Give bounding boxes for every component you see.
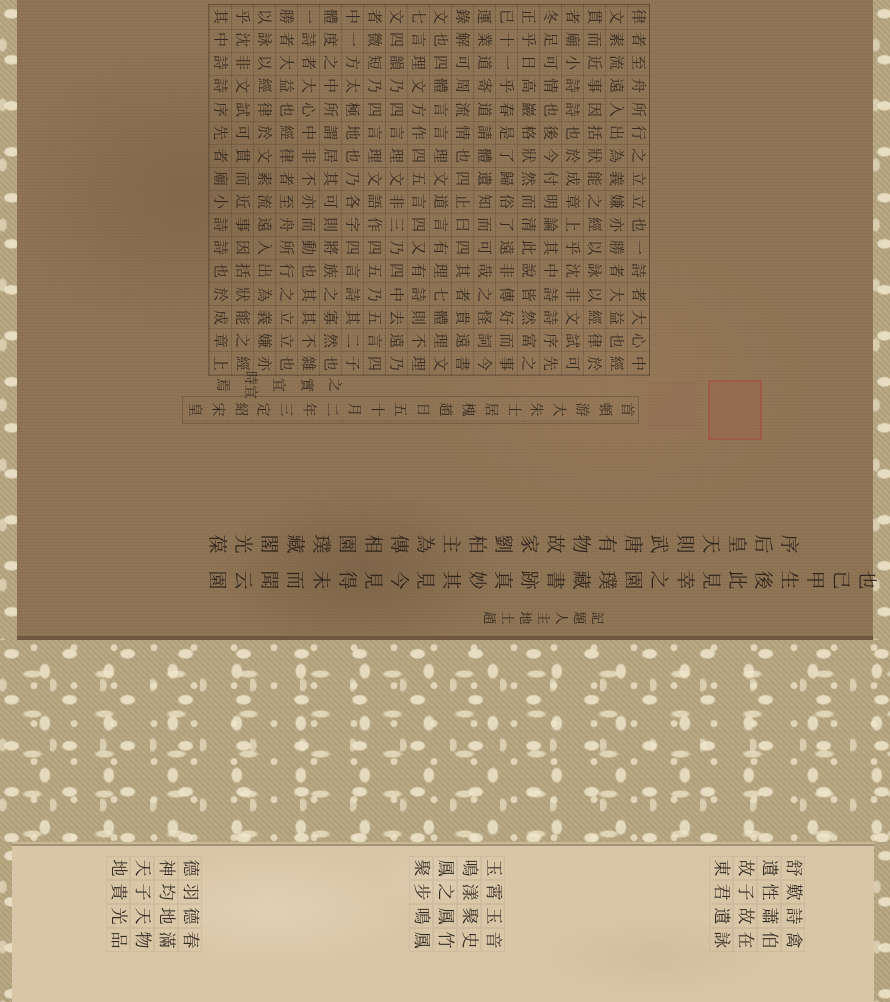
calligraphy-character: 題 xyxy=(569,609,589,627)
calligraphy-character: 經 xyxy=(582,214,605,236)
calligraphy-character: 已 xyxy=(494,6,517,28)
calligraphy-character: 也 xyxy=(626,214,649,236)
calligraphy-character: 文 xyxy=(604,6,627,28)
calligraphy-character: 度 xyxy=(318,29,341,51)
calligraphy-character: 一 xyxy=(296,6,319,28)
calligraphy-character: 於 xyxy=(560,144,583,166)
calligraphy-character: 家 xyxy=(515,531,543,557)
calligraphy-character: 詩 xyxy=(781,904,805,928)
calligraphy-character: 文 xyxy=(406,75,429,97)
calligraphy-character: 以 xyxy=(582,283,605,305)
calligraphy-character: 其 xyxy=(318,167,341,189)
calligraphy-character: 以 xyxy=(252,6,275,28)
calligraphy-character: 鳴 xyxy=(409,904,433,928)
calligraphy-character: 知 xyxy=(472,191,495,213)
calligraphy-character: 也 xyxy=(274,98,297,120)
poem-block-2: 聚鳳鳴玉步之漾霄鳴鳳聚玉鳳竹史音 xyxy=(409,856,505,952)
calligraphy-character: 故 xyxy=(733,904,757,928)
calligraphy-character: 時宜 xyxy=(239,371,261,399)
calligraphy-character: 詩 xyxy=(296,29,319,51)
calligraphy-character: 柏 xyxy=(463,531,491,557)
calligraphy-character: 詞 xyxy=(472,329,495,351)
calligraphy-character: 乎 xyxy=(230,6,253,28)
calligraphy-character: 詩 xyxy=(208,75,231,97)
calligraphy-character: 言 xyxy=(362,121,385,143)
calligraphy-character: 中 xyxy=(296,121,319,143)
main-calligraphy-grid: 其中詩詩序先者廟小詩詩也於成章上乎沈非文試可貫而近事因括狀能之經以詠以經律於文素… xyxy=(208,4,650,376)
calligraphy-character: 四 xyxy=(384,260,407,282)
calligraphy-character: 大 xyxy=(626,306,649,328)
calligraphy-character: 解 xyxy=(450,29,473,51)
calligraphy-character: 四 xyxy=(428,52,451,74)
calligraphy-character: 玉 xyxy=(481,856,505,880)
calligraphy-character: 言 xyxy=(428,98,451,120)
calligraphy-character: 入 xyxy=(252,237,275,259)
calligraphy-character: 情 xyxy=(450,121,473,143)
calligraphy-character: 為 xyxy=(252,283,275,305)
calligraphy-character: 立 xyxy=(626,191,649,213)
calligraphy-character: 者 xyxy=(626,29,649,51)
calligraphy-character: 地 xyxy=(154,904,178,928)
calligraphy-character: 也 xyxy=(538,98,561,120)
calligraphy-character: 一 xyxy=(626,237,649,259)
calligraphy-character: 七 xyxy=(428,283,451,305)
calligraphy-character: 怪 xyxy=(472,306,495,328)
calligraphy-character: 聚 xyxy=(457,904,481,928)
calligraphy-character: 者 xyxy=(362,6,385,28)
calligraphy-character: 詩 xyxy=(626,260,649,282)
calligraphy-character: 序 xyxy=(208,98,231,120)
calligraphy-character: 十 xyxy=(494,29,517,51)
calligraphy-character: 於 xyxy=(208,283,231,305)
calligraphy-character: 狀 xyxy=(582,144,605,166)
calligraphy-character: 行 xyxy=(274,260,297,282)
calligraphy-character: 冬 xyxy=(538,6,561,28)
calligraphy-character: 者 xyxy=(560,6,583,28)
calligraphy-character: 因 xyxy=(582,98,605,120)
calligraphy-character: 出 xyxy=(604,121,627,143)
calligraphy-character: 文 xyxy=(252,144,275,166)
calligraphy-character: 文 xyxy=(362,167,385,189)
calligraphy-character: 之 xyxy=(318,283,341,305)
calligraphy-character: 不 xyxy=(406,329,429,351)
calligraphy-character: 經 xyxy=(604,352,627,374)
calligraphy-character: 體 xyxy=(472,144,495,166)
calligraphy-character: 四 xyxy=(406,144,429,166)
calligraphy-character: 周 xyxy=(450,75,473,97)
calligraphy-character: 乎 xyxy=(494,75,517,97)
brocade-border-right xyxy=(873,0,890,640)
calligraphy-character: 園 xyxy=(619,567,647,593)
calligraphy-character: 一 xyxy=(340,29,363,51)
calligraphy-character: 能 xyxy=(582,167,605,189)
calligraphy-character: 物 xyxy=(130,928,154,952)
calligraphy-character: 格 xyxy=(516,121,539,143)
calligraphy-character: 滿 xyxy=(154,928,178,952)
calligraphy-character: 廟 xyxy=(208,167,231,189)
calligraphy-character: 試 xyxy=(560,329,583,351)
calligraphy-character: 微 xyxy=(362,29,385,51)
calligraphy-character: 理 xyxy=(384,144,407,166)
calligraphy-character: 大 xyxy=(274,52,297,74)
calligraphy-character: 也 xyxy=(560,121,583,143)
calligraphy-character: 小 xyxy=(208,191,231,213)
calligraphy-character: 明 xyxy=(538,191,561,213)
calligraphy-character: 立 xyxy=(274,306,297,328)
calligraphy-character: 詩 xyxy=(406,283,429,305)
calligraphy-character: 三 xyxy=(384,214,407,236)
calligraphy-character: 非 xyxy=(560,283,583,305)
calligraphy-character: 文 xyxy=(428,352,451,374)
calligraphy-character: 地 xyxy=(106,856,130,880)
calligraphy-character: 序 xyxy=(775,531,803,557)
calligraphy-character: 傳 xyxy=(385,531,413,557)
calligraphy-character: 可 xyxy=(560,352,583,374)
calligraphy-character: 已 xyxy=(827,567,855,593)
faint-seal xyxy=(648,382,696,430)
calligraphy-character: 書 xyxy=(450,352,473,374)
calligraphy-character: 大 xyxy=(296,75,319,97)
calligraphy-character: 竹 xyxy=(433,928,457,952)
calligraphy-character: 益 xyxy=(604,306,627,328)
brocade-border-bottom-right xyxy=(874,842,890,1002)
calligraphy-character: 蕭 xyxy=(757,904,781,928)
calligraphy-character: 心 xyxy=(296,98,319,120)
calligraphy-character: 廟 xyxy=(560,29,583,51)
calligraphy-character: 年 xyxy=(295,399,321,422)
calligraphy-character: 天 xyxy=(697,531,725,557)
calligraphy-character: 七 xyxy=(406,6,429,28)
calligraphy-character: 詩 xyxy=(208,52,231,74)
calligraphy-character: 了 xyxy=(494,214,517,236)
calligraphy-character: 狀 xyxy=(516,144,539,166)
calligraphy-character: 貴 xyxy=(450,306,473,328)
calligraphy-character: 之 xyxy=(318,52,341,74)
calligraphy-character: 言 xyxy=(406,29,429,51)
calligraphy-character: 乎 xyxy=(560,237,583,259)
calligraphy-character: 而 xyxy=(494,329,517,351)
calligraphy-character: 序 xyxy=(538,329,561,351)
calligraphy-character: 性 xyxy=(757,880,781,904)
calligraphy-character: 經 xyxy=(274,121,297,143)
calligraphy-character: 事 xyxy=(494,352,517,374)
calligraphy-character: 道 xyxy=(428,191,451,213)
calligraphy-character: 見 xyxy=(697,567,725,593)
calligraphy-character: 故 xyxy=(541,531,569,557)
calligraphy-character: 乃 xyxy=(362,75,385,97)
calligraphy-character: 律 xyxy=(274,144,297,166)
calligraphy-character: 光 xyxy=(106,904,130,928)
poem-block-1: 地天神德貴子均羽光天地德品物滿春 xyxy=(106,856,202,952)
calligraphy-character: 鳳 xyxy=(433,904,457,928)
calligraphy-character: 四 xyxy=(450,167,473,189)
calligraphy-character: 君 xyxy=(709,880,733,904)
calligraphy-character: 則 xyxy=(406,306,429,328)
calligraphy-character: 狀 xyxy=(230,283,253,305)
calligraphy-character: 素 xyxy=(604,29,627,51)
calligraphy-character: 請 xyxy=(472,121,495,143)
calligraphy-character: 理 xyxy=(406,52,429,74)
calligraphy-character: 清 xyxy=(516,214,539,236)
calligraphy-character: 貫 xyxy=(230,144,253,166)
calligraphy-character: 四 xyxy=(384,98,407,120)
calligraphy-character: 詩 xyxy=(208,214,231,236)
calligraphy-character: 今 xyxy=(538,144,561,166)
calligraphy-character: 文 xyxy=(560,306,583,328)
calligraphy-character: 巖 xyxy=(516,98,539,120)
calligraphy-character: 字 xyxy=(340,214,363,236)
calligraphy-character: 富 xyxy=(516,329,539,351)
calligraphy-character: 體 xyxy=(318,6,341,28)
calligraphy-character: 近 xyxy=(230,191,253,213)
calligraphy-character: 也 xyxy=(296,260,319,282)
calligraphy-character: 皆 xyxy=(516,283,539,305)
calligraphy-character: 作 xyxy=(362,214,385,236)
calligraphy-character: 居 xyxy=(318,144,341,166)
calligraphy-character: 葆 xyxy=(203,531,231,557)
calligraphy-character: 乃 xyxy=(362,283,385,305)
calligraphy-character: 東 xyxy=(709,856,733,880)
calligraphy-character: 錄 xyxy=(450,6,473,28)
calligraphy-character: 遠 xyxy=(604,75,627,97)
calligraphy-character: 去 xyxy=(384,306,407,328)
calligraphy-character: 音 xyxy=(481,928,505,952)
calligraphy-character: 非 xyxy=(296,144,319,166)
calligraphy-character: 所 xyxy=(626,98,649,120)
calligraphy-character: 可 xyxy=(230,121,253,143)
calligraphy-character: 成 xyxy=(208,306,231,328)
calligraphy-character: 日 xyxy=(516,52,539,74)
calligraphy-character: 焉 xyxy=(211,371,233,399)
calligraphy-character: 園 xyxy=(333,531,361,557)
calligraphy-character: 太 xyxy=(340,75,363,97)
calligraphy-character: 幸 xyxy=(671,567,699,593)
calligraphy-character: 後 xyxy=(538,121,561,143)
calligraphy-character: 素 xyxy=(252,167,275,189)
calligraphy-character: 四 xyxy=(406,214,429,236)
calligraphy-character: 舟 xyxy=(626,75,649,97)
calligraphy-character: 妙 xyxy=(463,567,491,593)
calligraphy-character: 詠 xyxy=(252,29,275,51)
inscription-signature: 趙土地主人題記 xyxy=(480,608,606,628)
calligraphy-character: 理 xyxy=(428,144,451,166)
inscription-line-2: 園云聞而未得見今見其妙真跡書藏璞園之幸見此後生甲已也 xyxy=(204,566,880,594)
calligraphy-character: 近 xyxy=(582,52,605,74)
calligraphy-character: 甲 xyxy=(801,567,829,593)
calligraphy-character: 春 xyxy=(178,928,202,952)
calligraphy-character: 乃 xyxy=(384,75,407,97)
calligraphy-character: 今 xyxy=(385,567,413,593)
calligraphy-character: 歸 xyxy=(494,167,517,189)
calligraphy-character: 其 xyxy=(450,260,473,282)
calligraphy-character: 皇 xyxy=(723,531,751,557)
calligraphy-character: 心 xyxy=(626,329,649,351)
calligraphy-character: 事 xyxy=(230,214,253,236)
calligraphy-character: 玉 xyxy=(481,904,505,928)
calligraphy-character: 宜 xyxy=(267,371,289,399)
calligraphy-character: 遠 xyxy=(494,237,517,259)
calligraphy-character: 也 xyxy=(604,329,627,351)
calligraphy-character: 四 xyxy=(362,352,385,374)
calligraphy-character: 之 xyxy=(230,329,253,351)
calligraphy-character: 此 xyxy=(516,237,539,259)
inscription-line-1: 葆光閣藏璞園相傳為主柏劉家故物有唐武則天皇后序 xyxy=(204,530,802,558)
calligraphy-character: 高 xyxy=(516,75,539,97)
calligraphy-character: 一 xyxy=(494,52,517,74)
calligraphy-character: 言 xyxy=(428,121,451,143)
paper-poem-panel: 地天神德貴子均羽光天地德品物滿春 聚鳳鳴玉步之漾霄鳴鳳聚玉鳳竹史音 東故遺舒君子… xyxy=(12,844,874,1002)
calligraphy-character: 五 xyxy=(362,306,385,328)
calligraphy-character: 劉 xyxy=(489,531,517,557)
calligraphy-character: 見 xyxy=(411,567,439,593)
calligraphy-character: 了 xyxy=(494,144,517,166)
calligraphy-character: 中 xyxy=(626,352,649,374)
calligraphy-character: 短 xyxy=(362,52,385,74)
calligraphy-character: 者 xyxy=(626,283,649,305)
calligraphy-character: 曰 xyxy=(450,214,473,236)
calligraphy-character: 止 xyxy=(450,191,473,213)
calligraphy-character: 經 xyxy=(252,75,275,97)
calligraphy-character: 寡 xyxy=(318,306,341,328)
calligraphy-character: 入 xyxy=(604,98,627,120)
calligraphy-character: 地 xyxy=(340,121,363,143)
calligraphy-character: 其 xyxy=(538,237,561,259)
calligraphy-character: 理 xyxy=(362,144,385,166)
calligraphy-character: 為 xyxy=(604,144,627,166)
calligraphy-character: 貴 xyxy=(106,880,130,904)
short-closing-line: 焉時宜宜實之 xyxy=(208,374,348,396)
calligraphy-character: 律 xyxy=(582,329,605,351)
calligraphy-character: 乃 xyxy=(384,352,407,374)
calligraphy-character: 聞 xyxy=(255,567,283,593)
calligraphy-character: 小 xyxy=(560,52,583,74)
calligraphy-character: 又 xyxy=(406,237,429,259)
calligraphy-character: 中 xyxy=(538,260,561,282)
calligraphy-character: 至 xyxy=(274,191,297,213)
calligraphy-character: 貫 xyxy=(582,6,605,28)
calligraphy-character: 唐 xyxy=(619,531,647,557)
calligraphy-character: 因 xyxy=(230,237,253,259)
calligraphy-character: 然 xyxy=(318,329,341,351)
calligraphy-character: 行 xyxy=(626,121,649,143)
calligraphy-character: 言 xyxy=(406,191,429,213)
calligraphy-character: 宋 xyxy=(204,399,230,422)
calligraphy-character: 哉 xyxy=(472,260,495,282)
calligraphy-character: 經 xyxy=(582,306,605,328)
calligraphy-character: 之 xyxy=(472,283,495,305)
calligraphy-character: 亦 xyxy=(296,191,319,213)
calligraphy-character: 其 xyxy=(340,306,363,328)
calligraphy-character: 族 xyxy=(318,260,341,282)
calligraphy-character: 記 xyxy=(587,609,607,627)
calligraphy-character: 正 xyxy=(516,6,539,28)
calligraphy-character: 之 xyxy=(433,880,457,904)
calligraphy-character: 詠 xyxy=(709,928,733,952)
calligraphy-character: 園 xyxy=(203,567,231,593)
calligraphy-character: 其 xyxy=(437,567,465,593)
calligraphy-character: 非 xyxy=(494,260,517,282)
calligraphy-character: 璞 xyxy=(593,567,621,593)
calligraphy-character: 體 xyxy=(428,306,451,328)
calligraphy-character: 四 xyxy=(362,98,385,120)
calligraphy-character: 然 xyxy=(516,306,539,328)
calligraphy-character: 禽 xyxy=(781,928,805,952)
calligraphy-character: 而 xyxy=(516,191,539,213)
calligraphy-character: 詩 xyxy=(340,283,363,305)
calligraphy-character: 言 xyxy=(428,214,451,236)
calligraphy-character: 后 xyxy=(749,531,777,557)
calligraphy-character: 以 xyxy=(252,52,275,74)
calligraphy-character: 方 xyxy=(406,98,429,120)
calligraphy-character: 道 xyxy=(472,52,495,74)
calligraphy-character: 藏 xyxy=(567,567,595,593)
calligraphy-character: 律 xyxy=(252,98,275,120)
calligraphy-character: 業 xyxy=(472,29,495,51)
calligraphy-character: 勝 xyxy=(604,237,627,259)
calligraphy-character: 立 xyxy=(626,167,649,189)
calligraphy-character: 中 xyxy=(208,29,231,51)
calligraphy-character: 均 xyxy=(154,880,178,904)
calligraphy-character: 之 xyxy=(626,144,649,166)
calligraphy-character: 也 xyxy=(428,29,451,51)
calligraphy-character: 文 xyxy=(230,75,253,97)
calligraphy-character: 五 xyxy=(386,399,412,422)
calligraphy-character: 歎 xyxy=(781,880,805,904)
calligraphy-character: 括 xyxy=(230,260,253,282)
calligraphy-character: 舒 xyxy=(781,856,805,880)
calligraphy-character: 道 xyxy=(472,98,495,120)
calligraphy-character: 得 xyxy=(333,567,361,593)
calligraphy-character: 德 xyxy=(178,856,202,880)
calligraphy-character: 天 xyxy=(130,904,154,928)
calligraphy-character: 伯 xyxy=(757,928,781,952)
calligraphy-character: 於 xyxy=(252,121,275,143)
calligraphy-character: 可 xyxy=(318,191,341,213)
calligraphy-character: 有 xyxy=(593,531,621,557)
calligraphy-character: 語 xyxy=(362,191,385,213)
calligraphy-character: 子 xyxy=(733,880,757,904)
calligraphy-character: 中 xyxy=(340,6,363,28)
calligraphy-character: 其 xyxy=(296,306,319,328)
calligraphy-character: 俗 xyxy=(494,191,517,213)
calligraphy-character: 乃 xyxy=(384,237,407,259)
calligraphy-character: 詩 xyxy=(538,283,561,305)
calligraphy-character: 可 xyxy=(538,52,561,74)
calligraphy-character: 物 xyxy=(567,531,595,557)
calligraphy-character: 勝 xyxy=(274,6,297,28)
calligraphy-character: 出 xyxy=(252,260,275,282)
calligraphy-character: 先 xyxy=(538,352,561,374)
calligraphy-character: 所 xyxy=(274,237,297,259)
calligraphy-character: 嫌 xyxy=(252,329,275,351)
calligraphy-character: 嫌 xyxy=(604,191,627,213)
calligraphy-character: 非 xyxy=(230,52,253,74)
calligraphy-character: 文 xyxy=(428,6,451,28)
calligraphy-character: 之 xyxy=(274,283,297,305)
calligraphy-character: 言 xyxy=(340,260,363,282)
calligraphy-character: 大 xyxy=(604,283,627,305)
red-seal-stamp xyxy=(708,380,762,440)
calligraphy-character: 作 xyxy=(406,121,429,143)
calligraphy-character: 沈 xyxy=(230,29,253,51)
calligraphy-character: 各 xyxy=(340,191,363,213)
calligraphy-character: 也 xyxy=(340,144,363,166)
calligraphy-character: 章 xyxy=(208,329,231,351)
calligraphy-character: 德 xyxy=(178,904,202,928)
brocade-border-left xyxy=(0,0,17,640)
calligraphy-character: 詠 xyxy=(582,260,605,282)
calligraphy-character: 詩 xyxy=(538,306,561,328)
